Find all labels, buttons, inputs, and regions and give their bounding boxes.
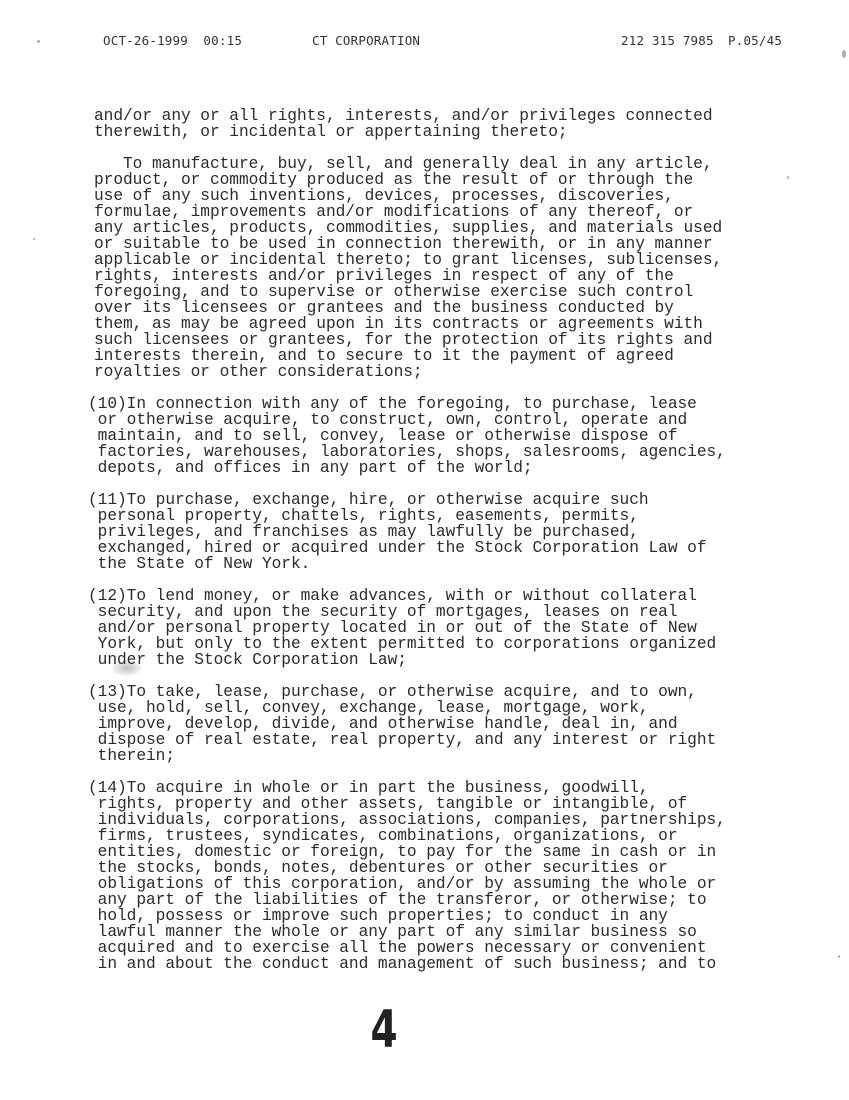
text-line: dispose of real estate, real property, a…: [88, 732, 754, 748]
text-line: therewith, or incidental or appertaining…: [94, 124, 754, 140]
scan-speck: [838, 955, 840, 958]
scan-speck: [842, 50, 846, 58]
text-line: individuals, corporations, associations,…: [88, 812, 754, 828]
text-line: applicable or incidental thereto; to gra…: [94, 252, 754, 268]
paragraph-item-13: (13)To take, lease, purchase, or otherwi…: [88, 684, 754, 764]
text-line: obligations of this corporation, and/or …: [88, 876, 754, 892]
scan-speck: [787, 176, 789, 179]
fax-date-time: OCT-26-1999 00:15: [103, 33, 242, 48]
text-line: exchanged, hired or acquired under the S…: [88, 540, 754, 556]
text-line: over its licensees or grantees and the b…: [94, 300, 754, 316]
page-number-text: 4: [370, 1002, 397, 1058]
text-line: foregoing, and to supervise or otherwise…: [94, 284, 754, 300]
text-line: York, but only to the extent permitted t…: [88, 636, 754, 652]
text-line: hold, possess or improve such properties…: [88, 908, 754, 924]
fax-phone-number: 212 315 7985: [621, 33, 714, 48]
text-line: and/or any or all rights, interests, and…: [94, 108, 754, 124]
fax-sender: CT CORPORATION: [312, 33, 420, 48]
text-line: or otherwise acquire, to construct, own,…: [88, 412, 754, 428]
text-line: the stocks, bonds, notes, debentures or …: [88, 860, 754, 876]
text-line: under the Stock Corporation Law;: [88, 652, 754, 668]
document-body: and/or any or all rights, interests, and…: [94, 108, 754, 988]
paragraph-item-14: (14)To acquire in whole or in part the b…: [88, 780, 754, 972]
text-line: use, hold, sell, convey, exchange, lease…: [88, 700, 754, 716]
text-line: (12)To lend money, or make advances, wit…: [88, 588, 754, 604]
text-line: security, and upon the security of mortg…: [88, 604, 754, 620]
text-line: the State of New York.: [88, 556, 754, 572]
text-line: therein;: [88, 748, 754, 764]
paragraph-item-10: (10)In connection with any of the forego…: [88, 396, 754, 476]
text-line: maintain, and to sell, convey, lease or …: [88, 428, 754, 444]
text-line: such licensees or grantees, for the prot…: [94, 332, 754, 348]
handwritten-page-number: 4: [364, 1002, 404, 1058]
text-line: acquired and to exercise all the powers …: [88, 940, 754, 956]
text-line: product, or commodity produced as the re…: [94, 172, 754, 188]
text-line: personal property, chattels, rights, eas…: [88, 508, 754, 524]
text-line: entities, domestic or foreign, to pay fo…: [88, 844, 754, 860]
text-line: (11)To purchase, exchange, hire, or othe…: [88, 492, 754, 508]
text-line: use of any such inventions, devices, pro…: [94, 188, 754, 204]
fax-header: OCT-26-1999 00:15 CT CORPORATION 212 315…: [0, 33, 849, 51]
text-line: (10)In connection with any of the forego…: [88, 396, 754, 412]
text-line: rights, property and other assets, tangi…: [88, 796, 754, 812]
text-line: rights, interests and/or privileges in r…: [94, 268, 754, 284]
text-line: any part of the liabilities of the trans…: [88, 892, 754, 908]
paragraph-continuation: and/or any or all rights, interests, and…: [94, 108, 754, 140]
text-line: them, as may be agreed upon in its contr…: [94, 316, 754, 332]
scan-speck: [37, 40, 40, 43]
text-line: interests therein, and to secure to it t…: [94, 348, 754, 364]
text-line: royalties or other considerations;: [94, 364, 754, 380]
text-line: formulae, improvements and/or modificati…: [94, 204, 754, 220]
text-line: (13)To take, lease, purchase, or otherwi…: [88, 684, 754, 700]
text-line: firms, trustees, syndicates, combination…: [88, 828, 754, 844]
text-line: or suitable to be used in connection the…: [94, 236, 754, 252]
text-line: depots, and offices in any part of the w…: [88, 460, 754, 476]
text-line: in and about the conduct and management …: [88, 956, 754, 972]
ink-smudge: [112, 660, 142, 676]
text-line: and/or personal property located in or o…: [88, 620, 754, 636]
text-line: any articles, products, commodities, sup…: [94, 220, 754, 236]
fax-page-count: P.05/45: [728, 33, 782, 48]
text-line: To manufacture, buy, sell, and generally…: [94, 156, 754, 172]
text-line: factories, warehouses, laboratories, sho…: [88, 444, 754, 460]
text-line: (14)To acquire in whole or in part the b…: [88, 780, 754, 796]
paragraph-item-12: (12)To lend money, or make advances, wit…: [88, 588, 754, 668]
paragraph-manufacture: To manufacture, buy, sell, and generally…: [94, 156, 754, 380]
scan-speck: [33, 238, 35, 240]
paragraph-item-11: (11)To purchase, exchange, hire, or othe…: [88, 492, 754, 572]
text-line: improve, develop, divide, and otherwise …: [88, 716, 754, 732]
text-line: privileges, and franchises as may lawful…: [88, 524, 754, 540]
text-line: lawful manner the whole or any part of a…: [88, 924, 754, 940]
